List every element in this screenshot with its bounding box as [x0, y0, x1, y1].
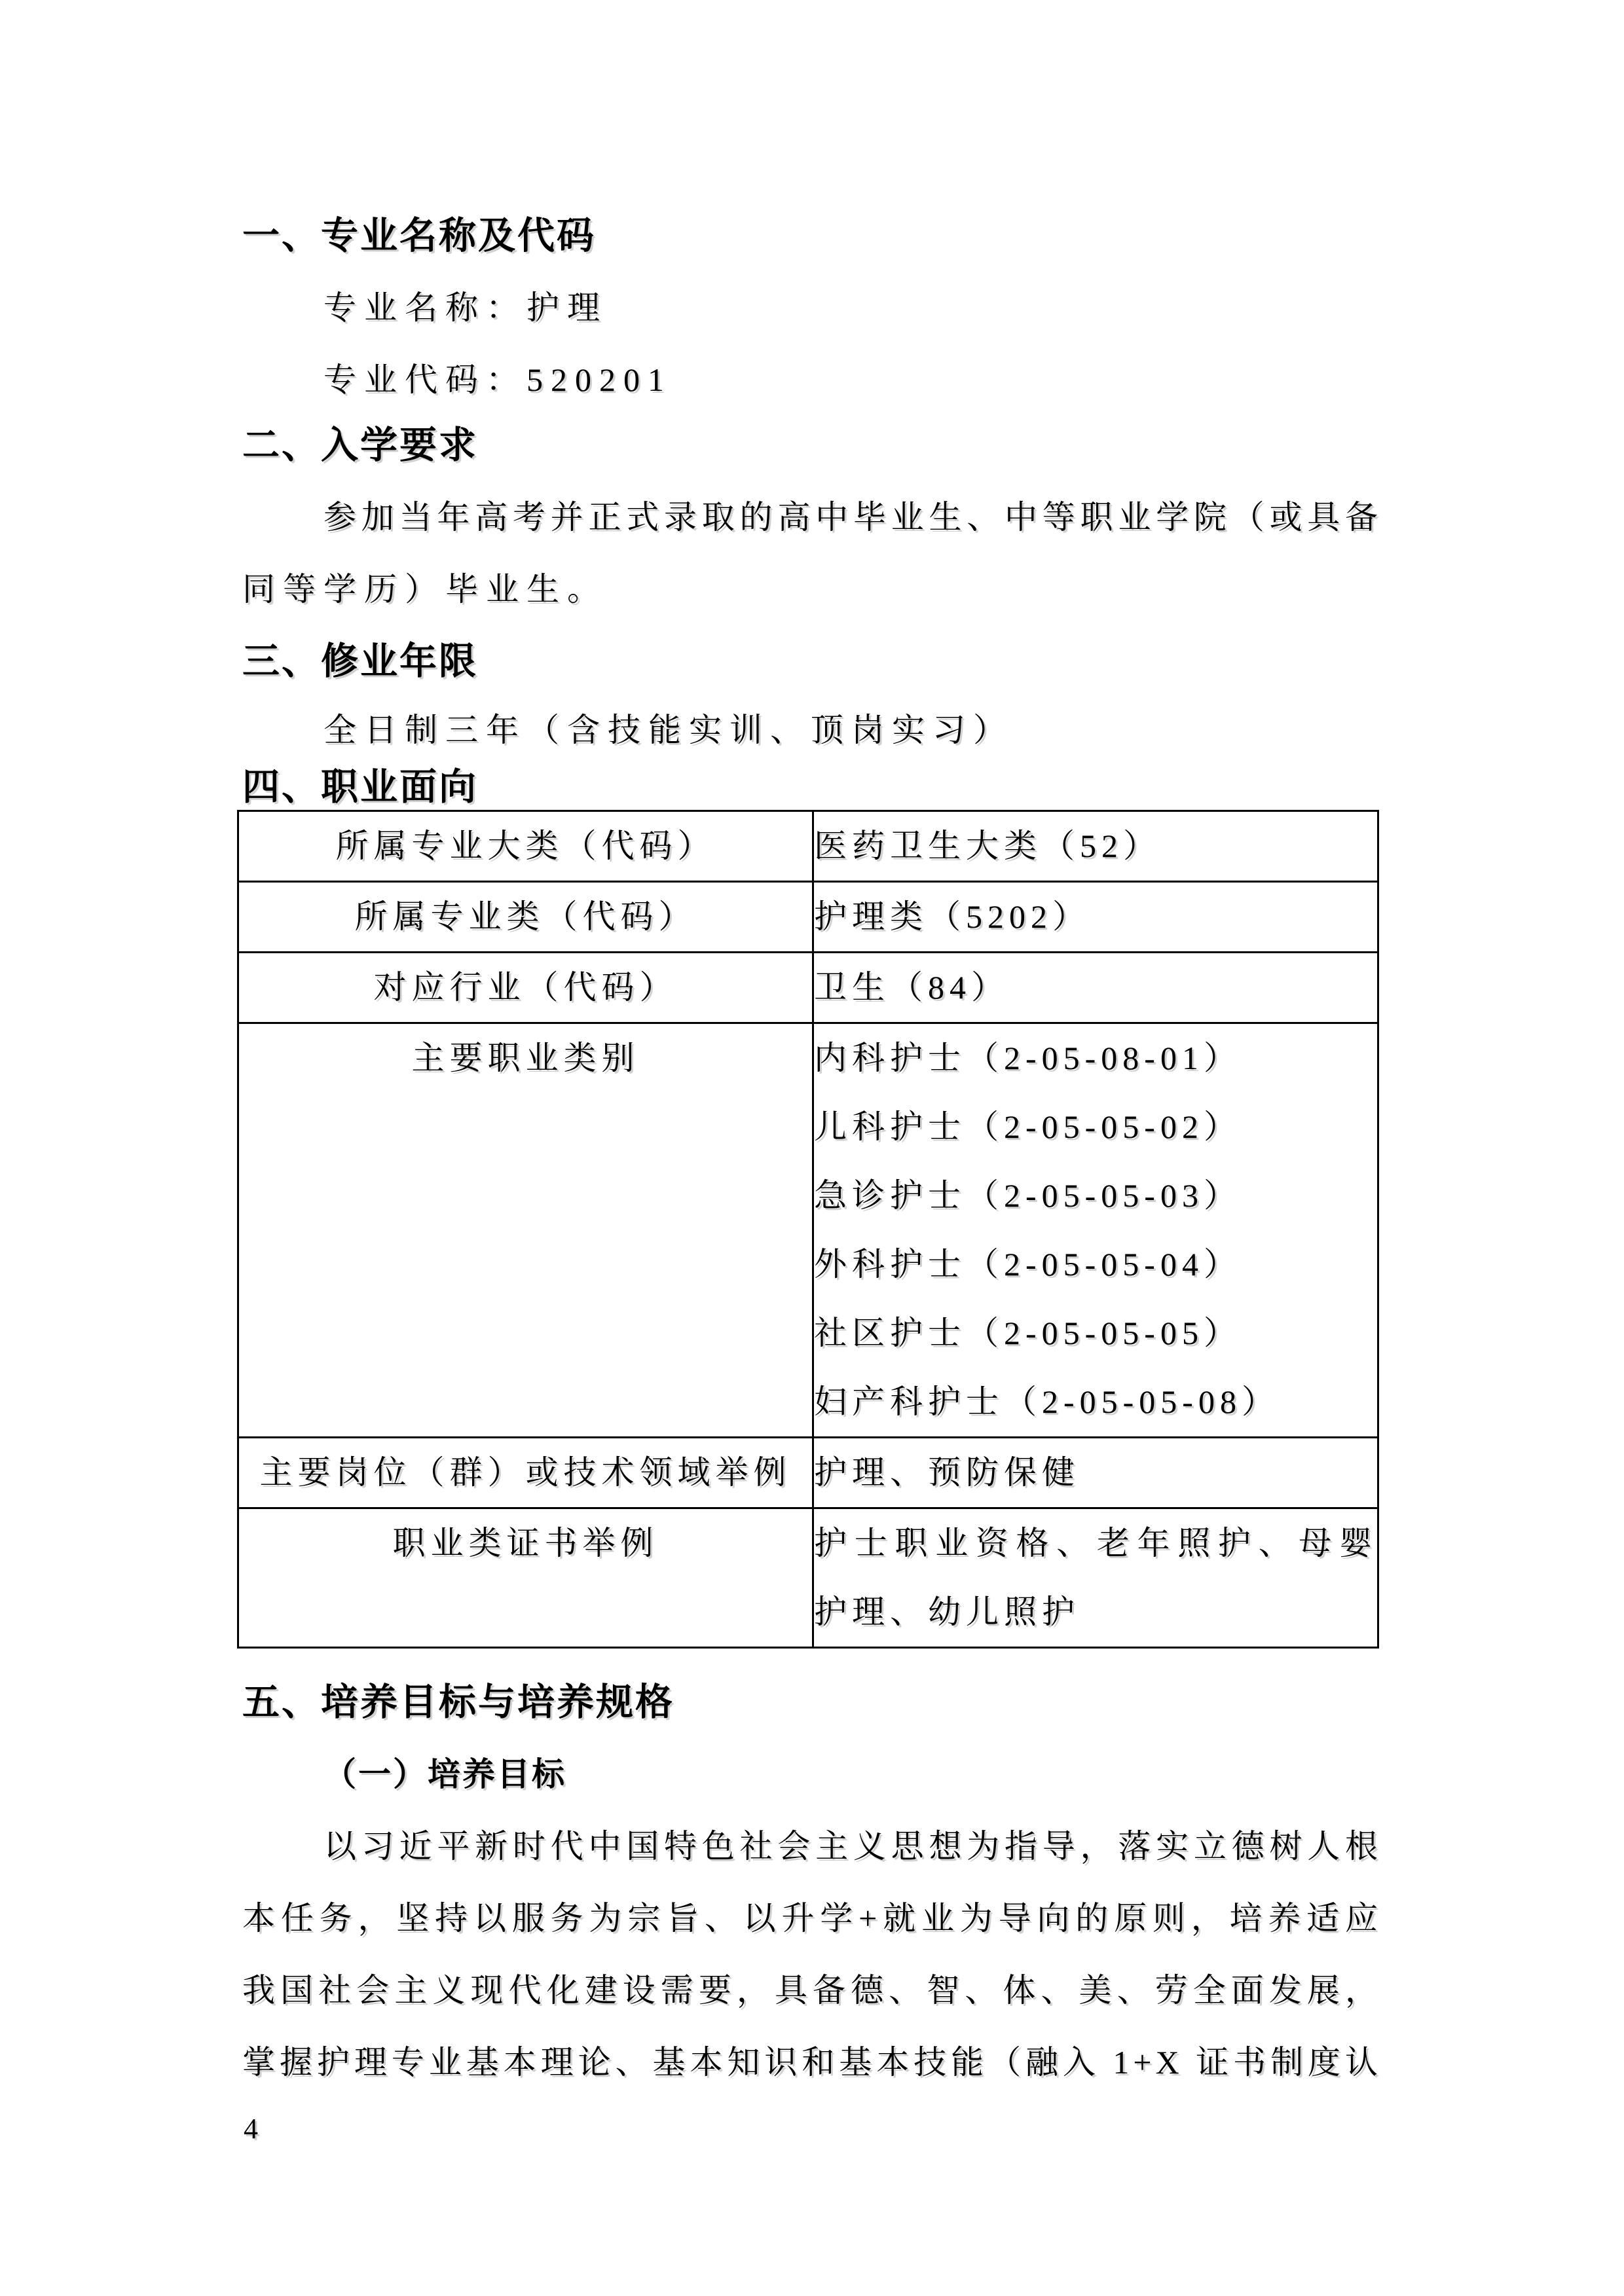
table-row: 职业类证书举例 护士职业资格、老年照护、母婴 护理、幼儿照护 — [238, 1508, 1378, 1648]
row-label: 主要岗位（群）或技术领域举例 — [239, 1438, 812, 1507]
row-label-cell: 所属专业类（代码） — [238, 882, 813, 953]
row-value-cell: 医药卫生大类（52） — [813, 811, 1378, 882]
row-label-cell: 所属专业大类（代码） — [238, 811, 813, 882]
row-value-cell: 护士职业资格、老年照护、母婴 护理、幼儿照护 — [813, 1508, 1378, 1648]
row-label-cell: 对应行业（代码） — [238, 953, 813, 1023]
row-value-line: 内科护士（2-05-08-01） — [814, 1024, 1377, 1093]
career-orientation-table: 所属专业大类（代码） 医药卫生大类（52） 所属专业类（代码） 护理类（5202… — [237, 810, 1379, 1649]
subsection-heading-training-goal: （一）培养目标 — [323, 1739, 1382, 1810]
admission-paragraph-line-2: 同等学历）毕业生。 — [242, 554, 1382, 625]
row-value-cell: 护理、预防保健 — [813, 1438, 1378, 1508]
section-heading-1: 一、专业名称及代码 — [242, 200, 1382, 271]
row-label: 所属专业类（代码） — [239, 883, 812, 951]
row-value: 医药卫生大类（52） — [814, 812, 1377, 881]
goal-paragraph-line-3: 我国社会主义现代化建设需要，具备德、智、体、美、劳全面发展， — [242, 1955, 1382, 2026]
row-value-line: 外科护士（2-05-05-04） — [814, 1230, 1377, 1299]
row-label: 主要职业类别 — [239, 1024, 812, 1093]
row-value: 护理、预防保健 — [814, 1438, 1377, 1507]
row-label-cell: 主要职业类别 — [238, 1023, 813, 1438]
document-page: 一、专业名称及代码 专业名称：护理 专业代码：520201 二、入学要求 参加当… — [0, 0, 1624, 2296]
section-heading-5: 五、培养目标与培养规格 — [242, 1667, 1382, 1738]
row-value-line: 社区护士（2-05-05-05） — [814, 1299, 1377, 1368]
row-value: 护理类（5202） — [814, 883, 1377, 951]
row-value: 卫生（84） — [814, 953, 1377, 1022]
row-value-cell: 护理类（5202） — [813, 882, 1378, 953]
row-value-line: 儿科护士（2-05-05-02） — [814, 1093, 1377, 1161]
page-number: 4 — [244, 2109, 258, 2149]
goal-paragraph-line-4: 掌握护理专业基本理论、基本知识和基本技能（融入 1+X 证书制度认 — [242, 2027, 1382, 2098]
row-label-cell: 职业类证书举例 — [238, 1508, 813, 1648]
row-label: 所属专业大类（代码） — [239, 812, 812, 881]
section-heading-2: 二、入学要求 — [242, 410, 1382, 481]
table-row: 所属专业类（代码） 护理类（5202） — [238, 882, 1378, 953]
row-value-line: 护理、幼儿照护 — [814, 1578, 1377, 1647]
section-heading-3: 三、修业年限 — [242, 626, 1382, 697]
row-value-line: 急诊护士（2-05-05-03） — [814, 1161, 1377, 1230]
goal-paragraph-line-1: 以习近平新时代中国特色社会主义思想为指导，落实立德树人根 — [242, 1811, 1382, 1882]
table-row: 主要职业类别 内科护士（2-05-08-01） 儿科护士（2-05-05-02）… — [238, 1023, 1378, 1438]
major-code-line: 专业代码：520201 — [242, 344, 1382, 415]
row-label: 对应行业（代码） — [239, 953, 812, 1022]
row-value-line: 护士职业资格、老年照护、母婴 — [814, 1509, 1377, 1578]
table-row: 对应行业（代码） 卫生（84） — [238, 953, 1378, 1023]
table-row: 主要岗位（群）或技术领域举例 护理、预防保健 — [238, 1438, 1378, 1508]
table-row: 所属专业大类（代码） 医药卫生大类（52） — [238, 811, 1378, 882]
goal-paragraph-line-2: 本任务，坚持以服务为宗旨、以升学+就业为导向的原则，培养适应 — [242, 1883, 1382, 1954]
row-value-line: 妇产科护士（2-05-05-08） — [814, 1368, 1377, 1436]
admission-paragraph-line-1: 参加当年高考并正式录取的高中毕业生、中等职业学院（或具备 — [242, 482, 1382, 553]
row-label: 职业类证书举例 — [239, 1509, 812, 1578]
row-value-cell: 内科护士（2-05-08-01） 儿科护士（2-05-05-02） 急诊护士（2… — [813, 1023, 1378, 1438]
row-label-cell: 主要岗位（群）或技术领域举例 — [238, 1438, 813, 1508]
major-name-line: 专业名称：护理 — [242, 272, 1382, 343]
row-value-cell: 卫生（84） — [813, 953, 1378, 1023]
